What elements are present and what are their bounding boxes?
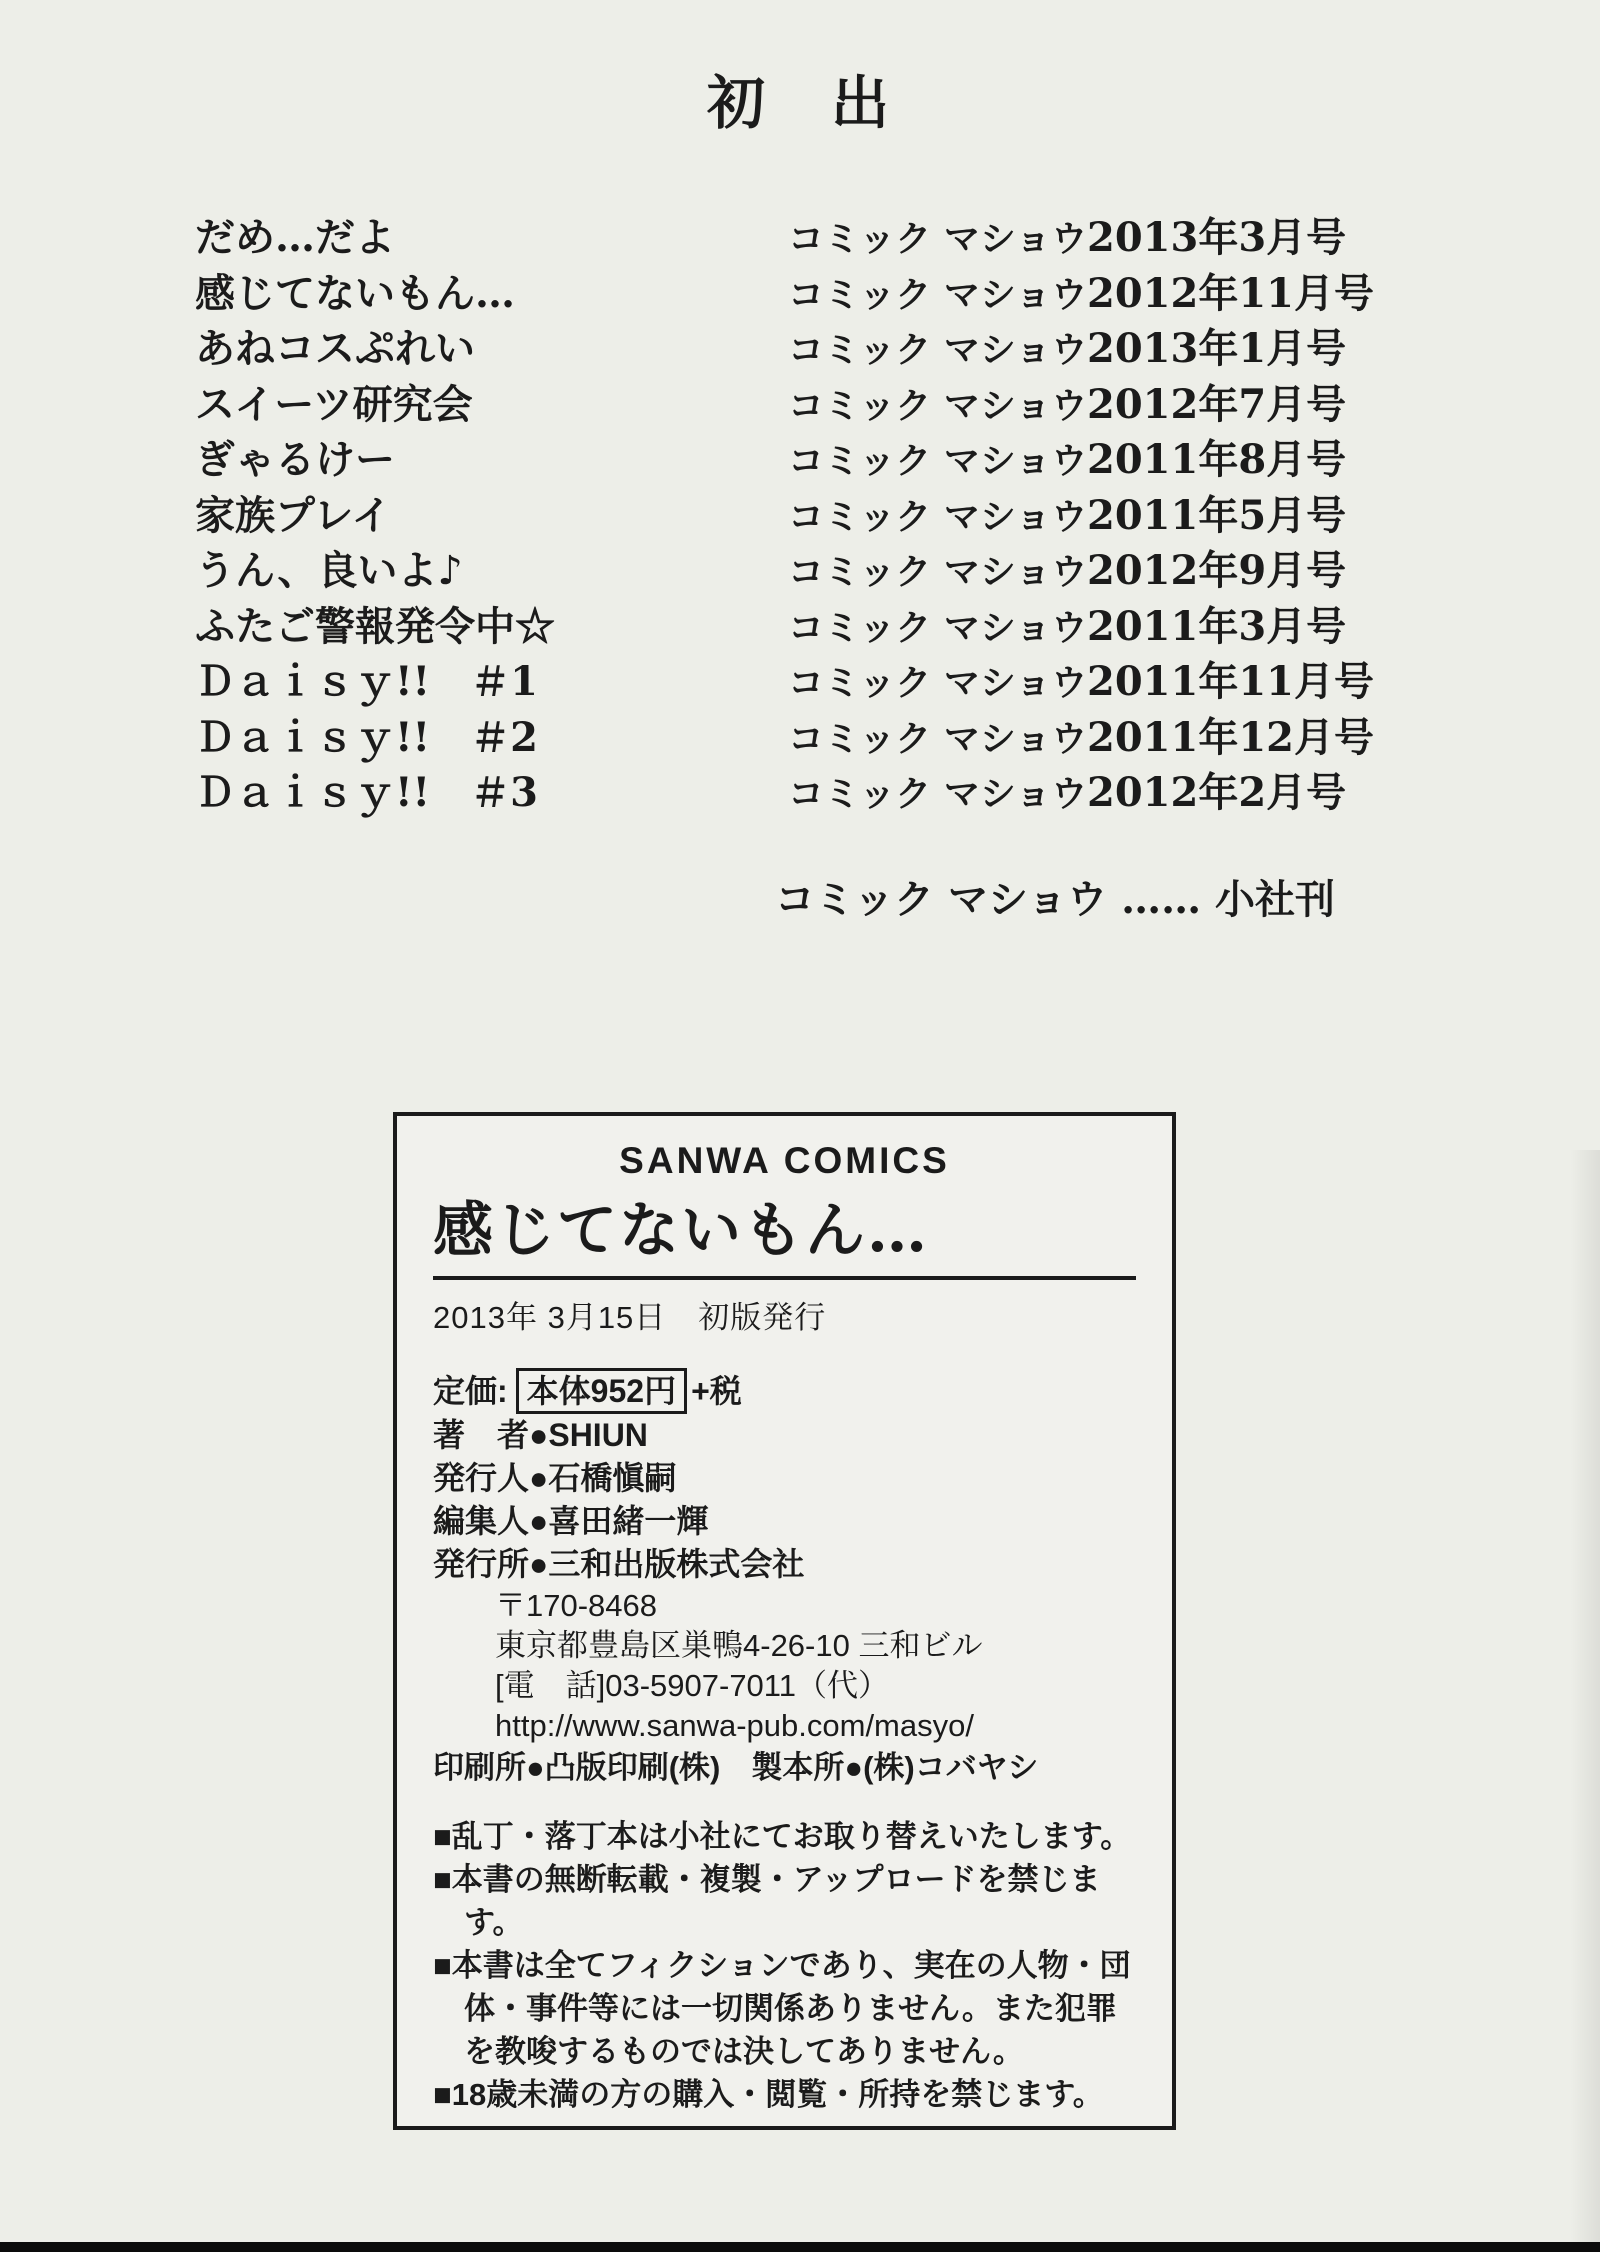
address-line: 〒170-8468 [433,1586,1136,1626]
magazine-name: コミック マショウ [788,434,1087,490]
chapter-title: Ｄａｉｓｙ!! ＃3 [195,765,788,821]
credit-role: 発行所 [433,1546,529,1582]
publication-row: うん、良いよ♪ コミック マショウ 2012年9月号 [195,543,1415,599]
chapter-title: うん、良いよ♪ [195,543,788,599]
publication-row: だめ…だよ コミック マショウ 2013年3月号 [195,210,1415,266]
issue-date: 2011年3月号 [1087,599,1346,655]
magazine-source-note: コミック マショウ …… 小社刊 [195,872,1335,927]
price-line: 定価: 本体952円 +税 [433,1368,1136,1414]
magazine-name: コミック マショウ [788,379,1087,435]
chapter-title: ふたご警報発令中☆ [195,599,788,655]
chapter-title: ぎゃるけー [195,432,788,488]
page-title: 初 出 [0,56,1600,140]
publication-row: ぎゃるけー コミック マショウ 2011年8月号 [195,432,1415,488]
credit-row: 発行所●三和出版株式会社 [433,1543,1136,1586]
issue-date: 2012年11月号 [1087,266,1374,322]
credit-role: 編集人 [433,1503,529,1539]
chapter-title: Ｄａｉｓｙ!! ＃2 [195,710,788,766]
scan-edge-shading [1570,1150,1600,2252]
chapter-title: スイーツ研究会 [195,377,788,433]
notice-line: ■乱丁・落丁本は小社にてお取り替えいたします。 [433,1815,1136,1858]
book-title: 感じてないもん… [433,1196,1136,1266]
print-date: 2013年 3月15日 初版発行 [433,1298,1136,1338]
publication-row: Ｄａｉｓｙ!! ＃1 コミック マショウ 2011年11月号 [195,654,1415,710]
notice-line: ■本書の無断転載・複製・アップロードを禁じます。 [433,1858,1136,1944]
issue-date: 2011年8月号 [1087,432,1346,488]
issue-date: 2012年7月号 [1087,377,1346,433]
credits-list: 著 者●SHIUN 発行人●石橋愼嗣 編集人●喜田緒一輝 発行所●三和出版株式会… [433,1414,1136,1586]
chapter-title: Ｄａｉｓｙ!! ＃1 [195,654,788,710]
credit-value: 三和出版株式会社 [548,1546,804,1582]
bullet-icon: ● [529,1417,548,1453]
credit-row: 発行人●石橋愼嗣 [433,1457,1136,1500]
address-line: [電 話]03-5907-7011（代） [433,1666,1136,1706]
magazine-name: コミック マショウ [788,656,1087,712]
price-tax-suffix: +税 [691,1369,742,1413]
credit-role: 著 者 [433,1417,529,1453]
address-line: http://www.sanwa-pub.com/masyo/ [433,1706,1136,1746]
scan-bottom-band [0,2242,1600,2252]
publication-row: Ｄａｉｓｙ!! ＃3 コミック マショウ 2012年2月号 [195,765,1415,821]
magazine-name: コミック マショウ [788,323,1087,379]
magazine-name: コミック マショウ [788,545,1087,601]
publication-row: ふたご警報発令中☆ コミック マショウ 2011年3月号 [195,599,1415,655]
printer-line: 印刷所●凸版印刷(株) 製本所●(株)コバヤシ [433,1746,1136,1789]
magazine-name: コミック マショウ [788,490,1087,546]
divider-rule [433,1276,1136,1280]
magazine-name: コミック マショウ [788,212,1087,268]
credit-value: 石橋愼嗣 [548,1460,676,1496]
credit-role: 発行人 [433,1460,529,1496]
issue-date: 2011年5月号 [1087,488,1346,544]
credit-row: 編集人●喜田緒一輝 [433,1500,1136,1543]
bullet-icon: ● [529,1460,548,1496]
price-label: 定価: [433,1369,508,1413]
issue-date: 2012年9月号 [1087,543,1346,599]
magazine-name: コミック マショウ [788,767,1087,823]
notice-line: ■本書は全てフィクションであり、実在の人物・団体・事件等には一切関係ありません。… [433,1944,1136,2073]
chapter-title: あねコスぷれい [195,321,788,377]
magazine-name: コミック マショウ [788,268,1087,324]
address-block: 〒170-8468 東京都豊島区巣鴨4-26-10 三和ビル [電 話]03-5… [433,1586,1136,1746]
chapter-title: だめ…だよ [195,210,788,266]
magazine-name: コミック マショウ [788,601,1087,657]
issue-date: 2011年11月号 [1087,654,1374,710]
bullet-icon: ● [529,1503,548,1539]
notices-block: ■乱丁・落丁本は小社にてお取り替えいたします。 ■本書の無断転載・複製・アップロ… [433,1815,1136,2116]
credit-value: 喜田緒一輝 [548,1503,708,1539]
scanned-page: 初 出 だめ…だよ コミック マショウ 2013年3月号 感じてないもん… コミ… [0,0,1600,2252]
magazine-name: コミック マショウ [788,712,1087,768]
publication-row: 感じてないもん… コミック マショウ 2012年11月号 [195,266,1415,322]
publication-list: だめ…だよ コミック マショウ 2013年3月号 感じてないもん… コミック マ… [195,210,1415,821]
bullet-icon: ● [529,1546,548,1582]
chapter-title: 感じてないもん… [195,266,788,322]
issue-date: 2012年2月号 [1087,765,1346,821]
price-value: 本体952円 [516,1368,687,1414]
issue-date: 2013年1月号 [1087,321,1346,377]
chapter-title: 家族プレイ [195,488,788,544]
address-line: 東京都豊島区巣鴨4-26-10 三和ビル [433,1626,1136,1666]
issue-date: 2011年12月号 [1087,710,1374,766]
publication-row: Ｄａｉｓｙ!! ＃2 コミック マショウ 2011年12月号 [195,710,1415,766]
publication-row: スイーツ研究会 コミック マショウ 2012年7月号 [195,377,1415,433]
notice-line: ■18歳未満の方の購入・閲覧・所持を禁じます。 [433,2073,1136,2116]
credit-value: SHIUN [548,1417,648,1453]
publication-row: 家族プレイ コミック マショウ 2011年5月号 [195,488,1415,544]
colophon-box: SANWA COMICS 感じてないもん… 2013年 3月15日 初版発行 定… [393,1112,1176,2130]
issue-date: 2013年3月号 [1087,210,1346,266]
publication-row: あねコスぷれい コミック マショウ 2013年1月号 [195,321,1415,377]
credit-row: 著 者●SHIUN [433,1414,1136,1457]
series-label: SANWA COMICS [433,1138,1136,1184]
